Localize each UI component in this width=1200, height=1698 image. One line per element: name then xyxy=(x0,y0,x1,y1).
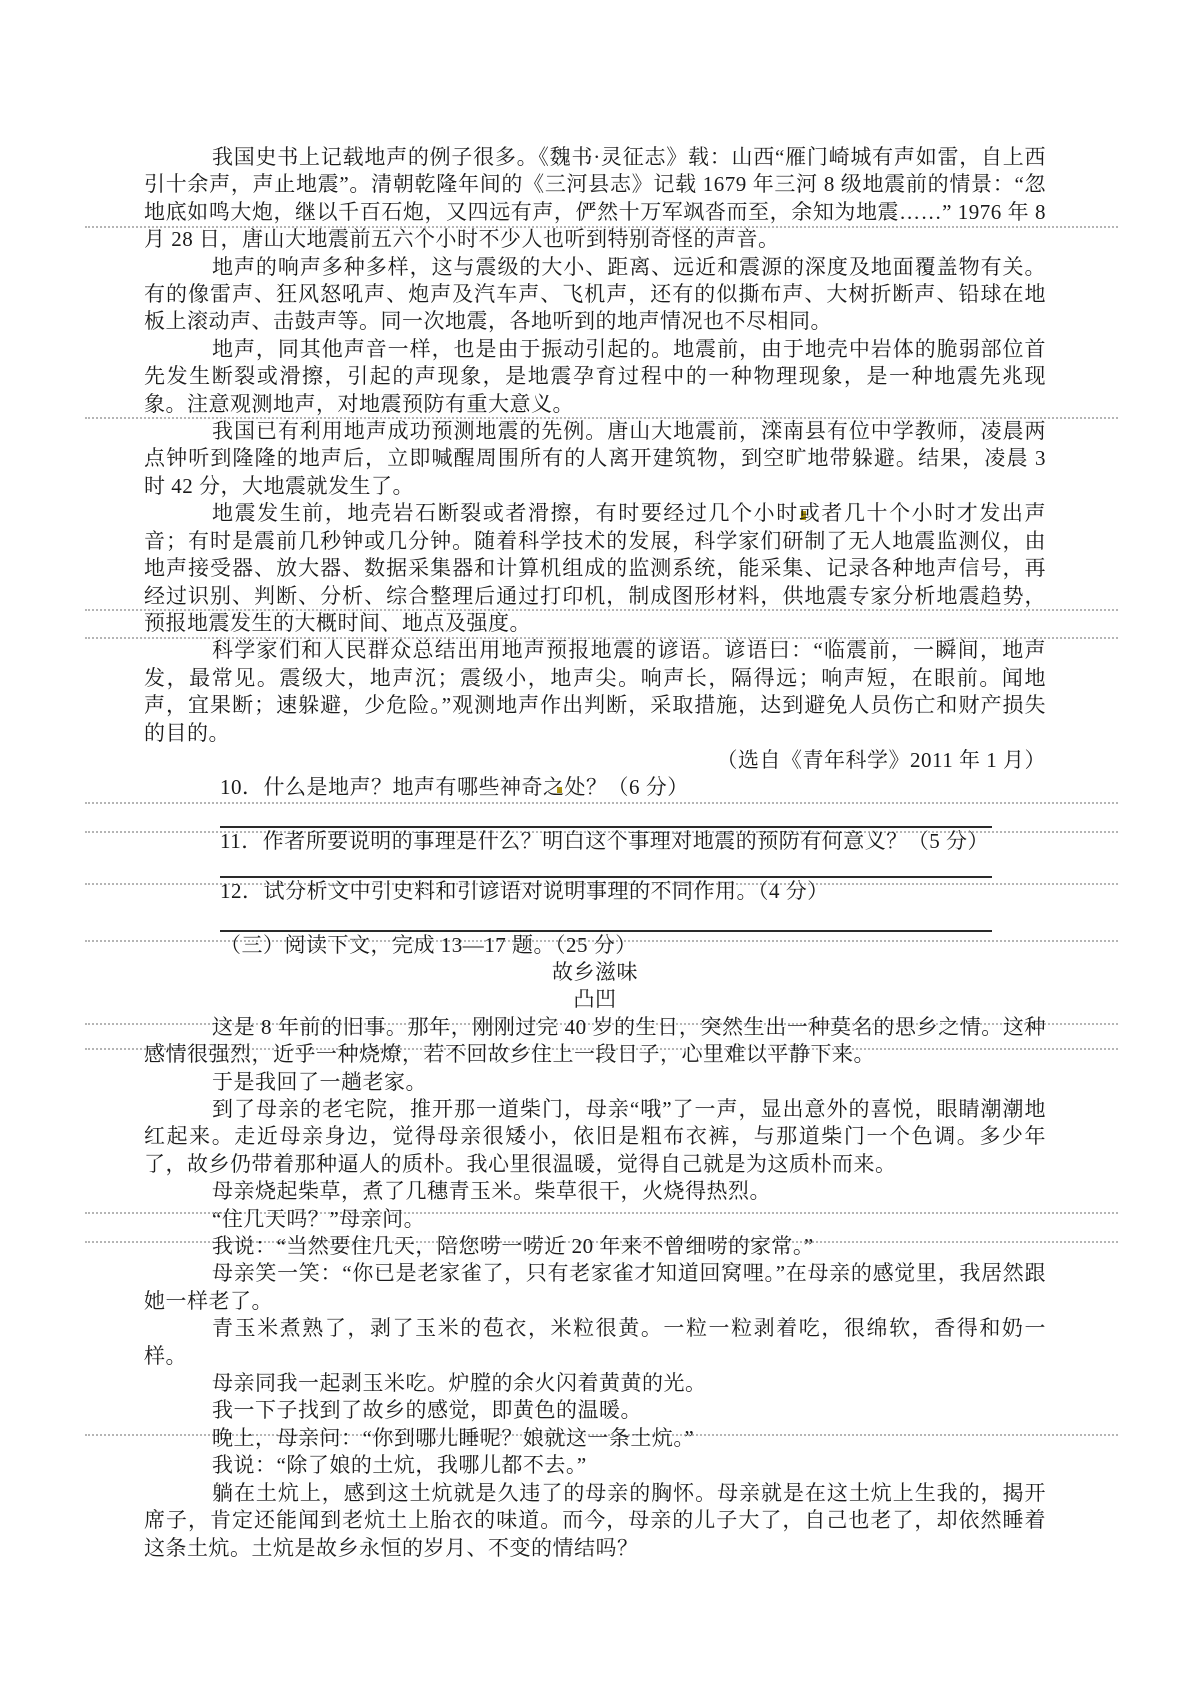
section-heading: （三）阅读下文，完成 13—17 题。（25 分） xyxy=(144,932,1046,959)
story-paragraph: 我说：“除了娘的土炕，我哪儿都不去。” xyxy=(144,1452,1046,1479)
question-12: 12．试分析文中引史料和引谚语对说明事理的不同作用。（4 分） xyxy=(144,878,1046,905)
story-paragraph: 母亲烧起柴草，煮了几穗青玉米。柴草很干，火烧得热烈。 xyxy=(144,1178,1046,1205)
page-content: 我国史书上记载地声的例子很多。《魏书·灵征志》载：山西“雁门崎城有声如雷，自上西… xyxy=(144,144,1046,1562)
story-paragraph: “住几天吗？”母亲问。 xyxy=(144,1206,1046,1233)
article-paragraph: 地声，同其他声音一样，也是由于振动引起的。地震前，由于地壳中岩体的脆弱部位首先发… xyxy=(144,336,1046,418)
story-paragraph: 青玉米煮熟了，剥了玉米的苞衣，米粒很黄。一粒一粒剥着吃，很绵软，香得和奶一样。 xyxy=(144,1315,1046,1370)
story-paragraph: 晚上，母亲问：“你到哪儿睡呢？娘就这一条土炕。” xyxy=(144,1425,1046,1452)
story-paragraph: 我说：“当然要住几天，陪您唠一唠近 20 年来不曾细唠的家常。” xyxy=(144,1233,1046,1260)
article-paragraph: 地声的响声多种多样，这与震级的大小、距离、远近和震源的深度及地面覆盖物有关。有的… xyxy=(144,254,1046,336)
source-attribution: （选自《青年科学》2011 年 1 月） xyxy=(144,747,1046,774)
article-paragraph: 地震发生前，地壳岩石断裂或者滑擦，有时要经过几个小时或者几十个小时才发出声音；有… xyxy=(144,500,1046,637)
story-paragraph: 我一下子找到了故乡的感觉，即黄色的温暖。 xyxy=(144,1397,1046,1424)
story-title: 故乡滋味 xyxy=(144,959,1046,986)
story-paragraph: 这是 8 年前的旧事。那年，刚刚过完 40 岁的生日，突然生出一种莫名的思乡之情… xyxy=(144,1014,1046,1069)
story-paragraph: 于是我回了一趟老家。 xyxy=(144,1069,1046,1096)
article-paragraph: 科学家们和人民群众总结出用地声预报地震的谚语。谚语曰：“临震前，一瞬间，地声发，… xyxy=(144,637,1046,747)
document-page: 我国史书上记载地声的例子很多。《魏书·灵征志》载：山西“雁门崎城有声如雷，自上西… xyxy=(0,0,1200,1698)
question-11: 11．作者所要说明的事理是什么？明白这个事理对地震的预防有何意义？（5 分） xyxy=(144,828,1046,855)
story-paragraph: 躺在土炕上，感到这土炕就是久违了的母亲的胸怀。母亲就是在这土炕上生我的，揭开席子… xyxy=(144,1480,1046,1562)
article-paragraph: 我国史书上记载地声的例子很多。《魏书·灵征志》载：山西“雁门崎城有声如雷，自上西… xyxy=(144,144,1046,254)
article-paragraph: 我国已有利用地声成功预测地震的先例。唐山大地震前，滦南县有位中学教师，凌晨两点钟… xyxy=(144,418,1046,500)
story-author: 凸凹 xyxy=(144,986,1046,1013)
story-paragraph: 到了母亲的老宅院，推开那一道柴门，母亲“哦”了一声，显出意外的喜悦，眼睛潮潮地红… xyxy=(144,1096,1046,1178)
story-paragraph: 母亲笑一笑：“你已是老家雀了，只有老家雀才知道回窝哩。”在母亲的感觉里，我居然跟… xyxy=(144,1260,1046,1315)
story-paragraph: 母亲同我一起剥玉米吃。炉膛的余火闪着黄黄的光。 xyxy=(144,1370,1046,1397)
question-10: 10．什么是地声？地声有哪些神奇之处？（6 分） xyxy=(144,774,1046,801)
